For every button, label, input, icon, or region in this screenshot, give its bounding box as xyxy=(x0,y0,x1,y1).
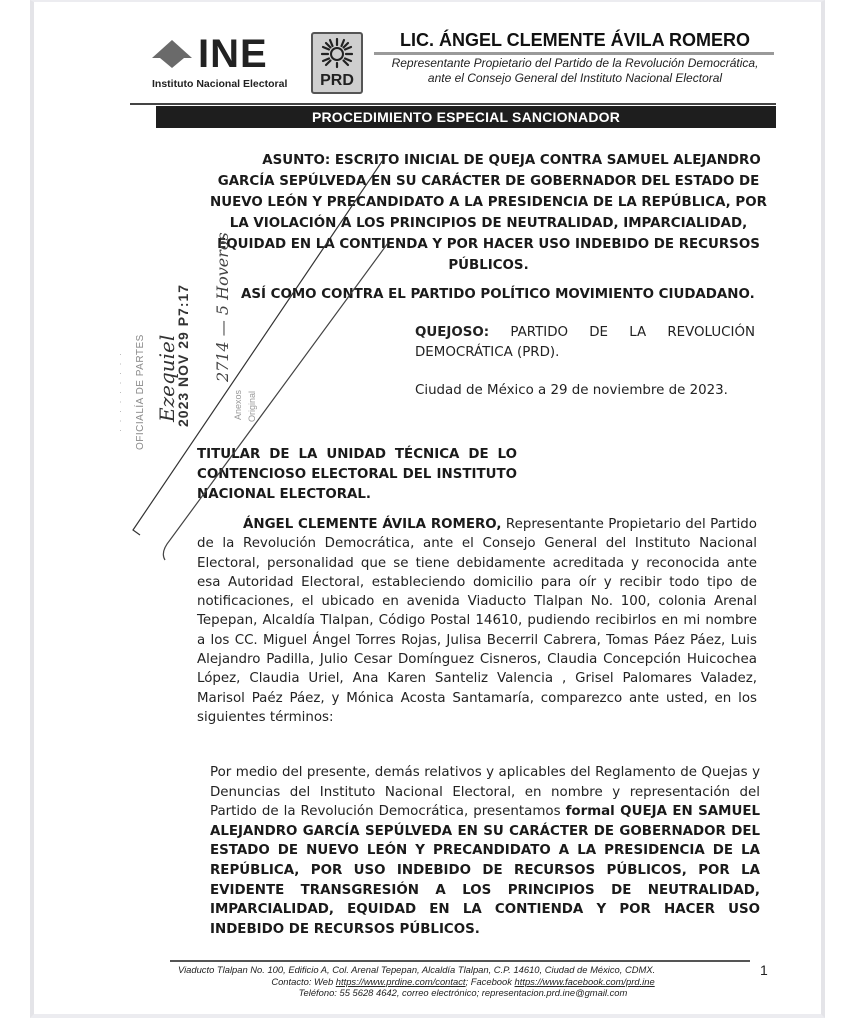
subject-line: EQUIDAD EN LA CONTIENDA Y POR HACER USO … xyxy=(206,234,771,255)
complainant-block: QUEJOSO: PARTIDO DE LA REVOLUCIÓN DEMOCR… xyxy=(415,323,755,363)
addressee: TITULAR DE LA UNIDAD TÉCNICA DE LO CONTE… xyxy=(197,445,517,505)
subject-line: GARCÍA SEPÚLVEDA EN SU CARÁCTER DE GOBER… xyxy=(206,171,771,192)
stamp-handwritten-note: 2714 — 5 Hoveros xyxy=(213,232,232,382)
prd-logo: PRD xyxy=(311,32,363,94)
stamp-office: OFICIALÍA DE PARTES xyxy=(135,334,146,450)
representative-title-line1: Representante Propietario del Partido de… xyxy=(372,56,778,71)
ine-emblem-lower-icon xyxy=(160,58,184,68)
subject-line: ASUNTO: ESCRITO INICIAL DE QUEJA CONTRA … xyxy=(206,150,771,171)
ine-subtitle: Instituto Nacional Electoral xyxy=(152,78,287,90)
reception-stamp: · · · · · · · · · OFICIALÍA DE PARTES Ez… xyxy=(95,272,265,447)
subject-line: LA VIOLACIÓN A LOS PRINCIPIOS DE NEUTRAL… xyxy=(206,213,771,234)
ine-logo: INE Instituto Nacional Electoral xyxy=(152,38,310,94)
stamp-faint-marks: · · · · · · · · · xyxy=(115,351,125,432)
prd-sun-icon xyxy=(321,38,353,70)
web-link[interactable]: https://www.prdine.com/contact xyxy=(336,976,466,987)
footer-contact: Contacto: Web https://www.prdine.com/con… xyxy=(178,976,748,988)
footer-address: Viaducto Tlalpan No. 100, Edificio A, Co… xyxy=(178,964,748,976)
complaint-paragraph: Por medio del presente, demás relativos … xyxy=(210,763,760,939)
facebook-link[interactable]: https://www.facebook.com/prd.ine xyxy=(515,976,655,987)
footer-contact-label: Contacto: Web xyxy=(271,976,335,987)
intro-paragraph: ÁNGEL CLEMENTE ÁVILA ROMERO, Representan… xyxy=(197,515,757,727)
header-divider xyxy=(374,52,774,55)
place-date: Ciudad de México a 29 de noviembre de 20… xyxy=(415,381,757,401)
footer: Viaducto Tlalpan No. 100, Edificio A, Co… xyxy=(178,964,748,999)
representative-title-line2: ante el Consejo General del Instituto Na… xyxy=(372,71,778,86)
ine-emblem-icon xyxy=(152,40,192,58)
intro-bold-lead: ÁNGEL CLEMENTE ÁVILA ROMERO, xyxy=(243,517,501,532)
stamp-faint-line: Original xyxy=(247,391,257,422)
footer-facebook-label: ; Facebook xyxy=(466,976,515,987)
intro-text: Representante Propietario del Partido de… xyxy=(197,517,757,725)
subject-block: ASUNTO: ESCRITO INICIAL DE QUEJA CONTRA … xyxy=(206,150,771,276)
stamp-datetime: 2023 NOV 29 P7:17 xyxy=(175,284,191,427)
footer-rule xyxy=(170,960,750,962)
procedure-banner: PROCEDIMIENTO ESPECIAL SANCIONADOR xyxy=(156,106,776,128)
representative-title: Representante Propietario del Partido de… xyxy=(372,56,778,86)
representative-name: LIC. ÁNGEL CLEMENTE ÁVILA ROMERO xyxy=(372,30,778,51)
subject-line: NUEVO LEÓN Y PRECANDIDATO A LA PRESIDENC… xyxy=(206,192,771,213)
footer-phone-email: Teléfono: 55 5628 4642, correo electróni… xyxy=(178,987,748,999)
stamp-faint-line: Anexos xyxy=(233,390,243,420)
ine-logo-text: INE xyxy=(198,32,268,77)
prd-logo-text: PRD xyxy=(313,72,361,90)
complaint-bold-text: formal QUEJA EN SAMUEL ALEJANDRO GARCÍA … xyxy=(210,804,760,937)
subject-line: PÚBLICOS. xyxy=(206,255,771,276)
complainant-label: QUEJOSO: xyxy=(415,325,489,340)
page-number: 1 xyxy=(760,962,768,978)
header-rule xyxy=(130,103,776,105)
also-against-line: ASÍ COMO CONTRA EL PARTIDO POLÍTICO MOVI… xyxy=(241,287,781,302)
